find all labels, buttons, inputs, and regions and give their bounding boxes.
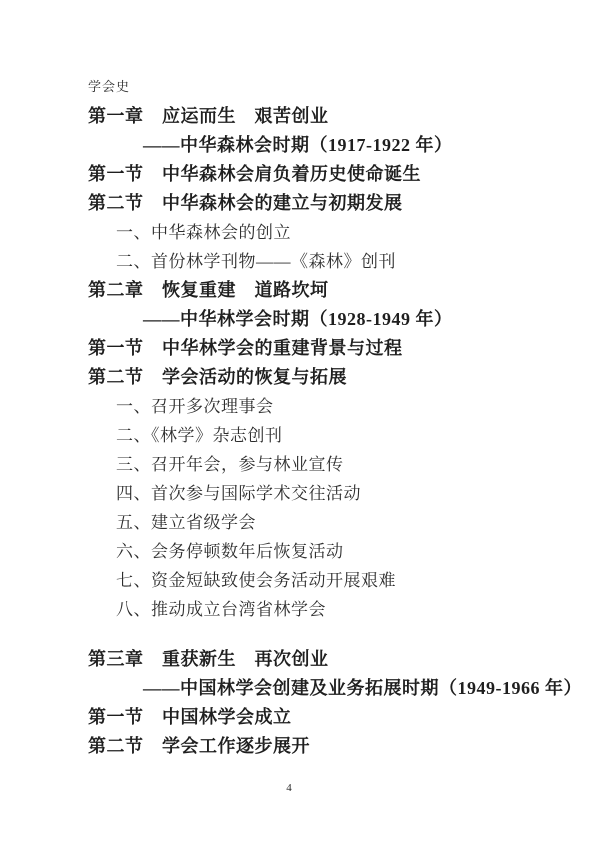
toc-line-section: 第二节 中华森林会的建立与初期发展 — [88, 189, 600, 218]
document-page: 学会史 第一章 应运而生 艰苦创业——中华森林会时期（1917-1922 年）第… — [0, 0, 600, 848]
toc-line-chapter: 第一章 应运而生 艰苦创业 — [88, 102, 600, 131]
toc-line-item: 二、《林学》杂志创刊 — [88, 421, 600, 450]
running-header: 学会史 — [88, 78, 600, 95]
page-content: 学会史 第一章 应运而生 艰苦创业——中华森林会时期（1917-1922 年）第… — [88, 78, 600, 761]
toc-line-section: 第一节 中国林学会成立 — [88, 703, 600, 732]
toc-line-item: 四、首次参与国际学术交往活动 — [88, 479, 600, 508]
page-number: 4 — [0, 782, 578, 794]
toc-line-subtitle: ——中华森林会时期（1917-1922 年） — [88, 131, 600, 160]
toc-line-item: 五、建立省级学会 — [88, 508, 600, 537]
toc-line-chapter: 第三章 重获新生 再次创业 — [88, 645, 600, 674]
toc-list: 第一章 应运而生 艰苦创业——中华森林会时期（1917-1922 年）第一节 中… — [88, 102, 600, 761]
toc-line-item: 三、召开年会，参与林业宣传 — [88, 450, 600, 479]
toc-line-section: 第一节 中华林学会的重建背景与过程 — [88, 334, 600, 363]
toc-line-item: 八、推动成立台湾省林学会 — [88, 595, 600, 624]
toc-spacer — [88, 624, 600, 645]
toc-line-subtitle: ——中华林学会时期（1928-1949 年） — [88, 305, 600, 334]
toc-line-section: 第一节 中华森林会肩负着历史使命诞生 — [88, 160, 600, 189]
toc-line-subtitle: ——中国林学会创建及业务拓展时期（1949-1966 年） — [88, 674, 600, 703]
toc-line-section: 第二节 学会工作逐步展开 — [88, 732, 600, 761]
toc-line-item: 二、首份林学刊物——《森林》创刊 — [88, 247, 600, 276]
toc-line-chapter: 第二章 恢复重建 道路坎坷 — [88, 276, 600, 305]
toc-line-section: 第二节 学会活动的恢复与拓展 — [88, 363, 600, 392]
toc-line-item: 六、会务停顿数年后恢复活动 — [88, 537, 600, 566]
toc-line-item: 七、资金短缺致使会务活动开展艰难 — [88, 566, 600, 595]
toc-line-item: 一、中华森林会的创立 — [88, 218, 600, 247]
toc-line-item: 一、召开多次理事会 — [88, 392, 600, 421]
